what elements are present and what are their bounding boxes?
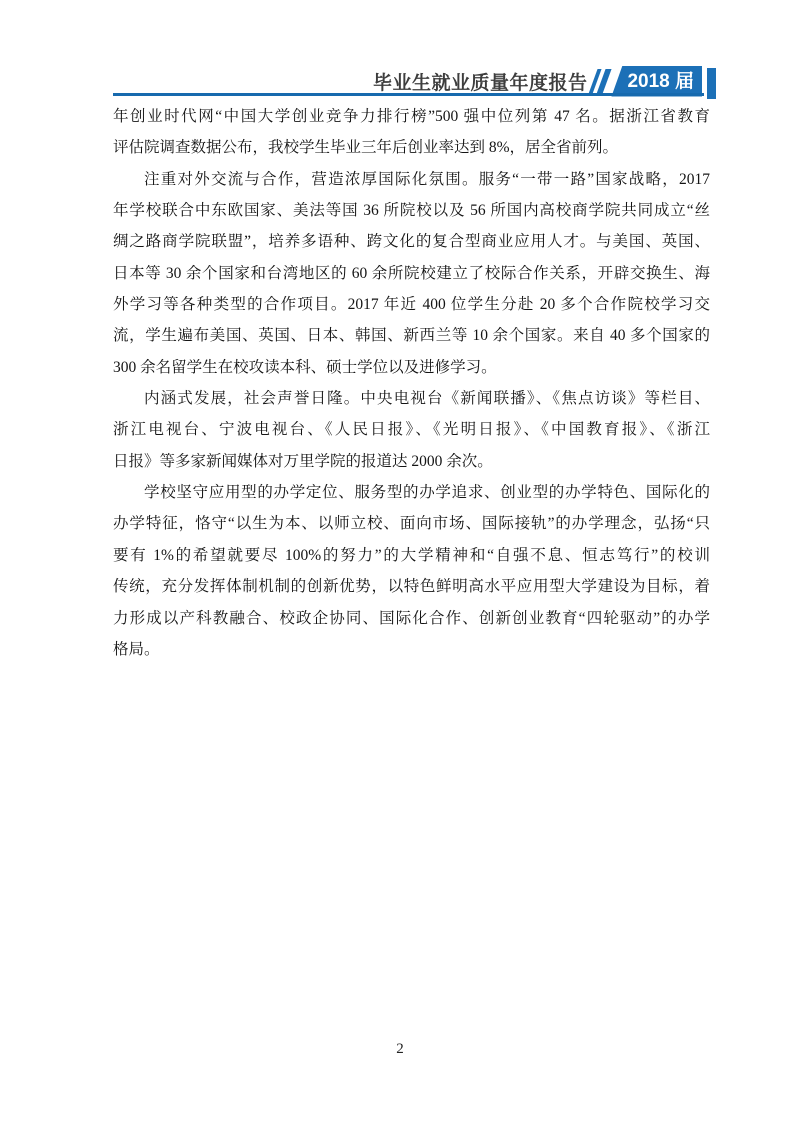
header-rule	[113, 93, 704, 96]
text-line: 日报》等多家新闻媒体对万里学院的报道达 2000 余次。	[113, 446, 710, 477]
page-footer: 2	[0, 1041, 800, 1058]
text-line: 办学特征，恪守“以生为本、以师立校、面向市场、国际接轨”的办学理念，弘扬“只	[113, 508, 710, 539]
text-line: 浙江电视台、宁波电视台、《人民日报》、《光明日报》、《中国教育报》、《浙江	[113, 414, 710, 445]
report-title: 毕业生就业质量年度报告	[373, 68, 588, 95]
text-line: 外学习等各种类型的合作项目。2017 年近 400 位学生分赴 20 多个合作院…	[113, 289, 710, 320]
page-number: 2	[396, 1041, 404, 1057]
year-badge: 2018 届	[611, 66, 702, 97]
text-line: 格局。	[113, 634, 710, 665]
text-line: 要有 1%的希望就要尽 100%的努力”的大学精神和“自强不息、恒志笃行”的校训	[113, 540, 710, 571]
text-line: 300 余名留学生在校攻读本科、硕士学位以及进修学习。	[113, 352, 710, 383]
document-page: 毕业生就业质量年度报告 2018 届 年创业时代网“中国大学创业竞争力排行榜”5…	[0, 0, 800, 1133]
text-line: 力形成以产科教融合、校政企协同、国际化合作、创新创业教育“四轮驱动”的办学	[113, 603, 710, 634]
text-line: 注重对外交流与合作，营造浓厚国际化氛围。服务“一带一路”国家战略，2017	[113, 164, 710, 195]
text-line: 年创业时代网“中国大学创业竞争力排行榜”500 强中位列第 47 名。据浙江省教…	[113, 101, 710, 132]
header-accent-bar	[707, 68, 716, 99]
text-line: 学校坚守应用型的办学定位、服务型的办学追求、创业型的办学特色、国际化的	[113, 477, 710, 508]
text-line: 流，学生遍布美国、英国、日本、韩国、新西兰等 10 余个国家。来自 40 多个国…	[113, 320, 710, 351]
text-line: 年学校联合中东欧国家、美法等国 36 所院校以及 56 所国内高校商学院共同成立…	[113, 195, 710, 226]
text-line: 评估院调查数据公布，我校学生毕业三年后创业率达到 8%，居全省前列。	[113, 132, 710, 163]
text-line: 绸之路商学院联盟”，培养多语种、跨文化的复合型商业应用人才。与美国、英国、	[113, 226, 710, 257]
text-line: 传统，充分发挥体制机制的创新优势，以特色鲜明高水平应用型大学建设为目标，着	[113, 571, 710, 602]
text-line: 日本等 30 余个国家和台湾地区的 60 余所院校建立了校际合作关系，开辟交换生…	[113, 258, 710, 289]
text-line: 内涵式发展，社会声誉日隆。中央电视台《新闻联播》、《焦点访谈》等栏目、	[113, 383, 710, 414]
body-text: 年创业时代网“中国大学创业竞争力排行榜”500 强中位列第 47 名。据浙江省教…	[113, 101, 710, 665]
